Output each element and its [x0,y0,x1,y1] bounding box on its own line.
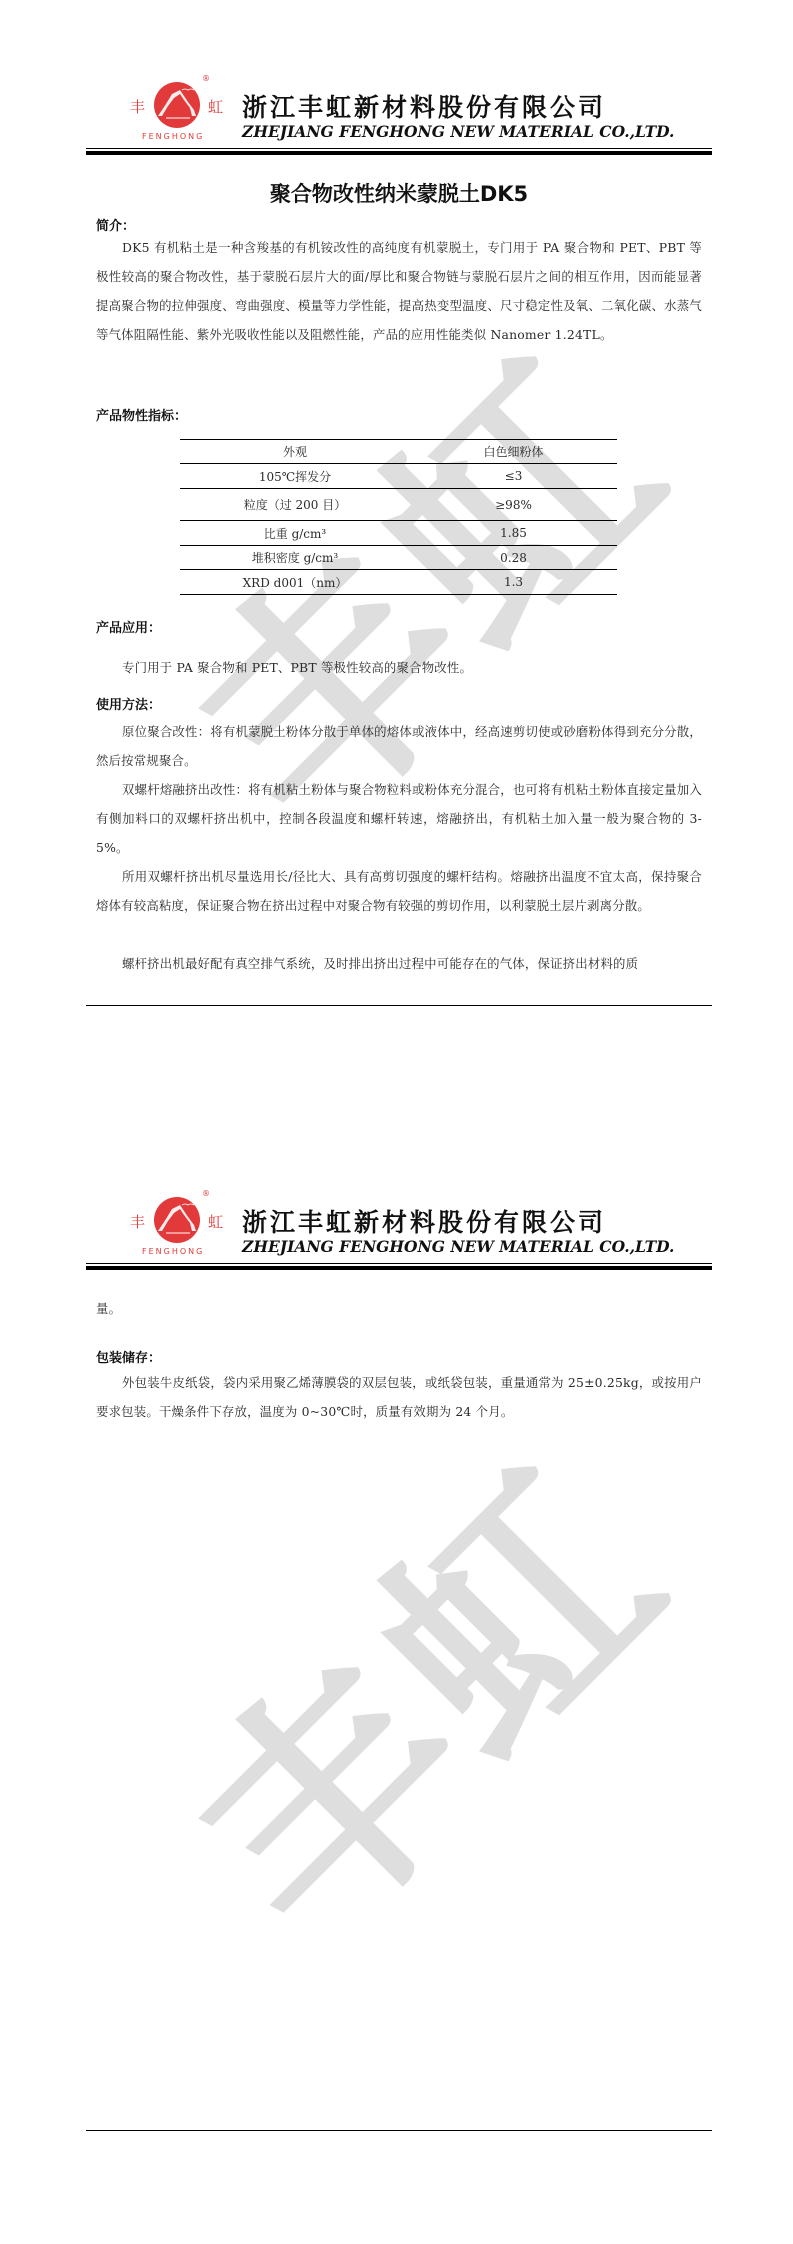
application-paragraph: 专门用于 PA 聚合物和 PET、PBT 等极性较高的聚合物改性。 [96,653,702,682]
property-value: 白色细粉体 [410,440,617,464]
usage-paragraph-2: 双螺杆熔融挤出改性：将有机粘土粉体与聚合物粒料或粉体充分混合，也可将有机粘土粉体… [96,775,702,862]
usage-paragraph-4: 螺杆挤出机最好配有真空排气系统，及时排出挤出过程中可能存在的气体，保证挤出材料的… [96,949,702,978]
intro-paragraph: DK5 有机粘土是一种含羧基的有机铵改性的高纯度有机蒙脱土，专门用于 PA 聚合… [96,233,702,349]
header-rule-thick [86,1266,712,1270]
logo-brand-en: FENGHONG [142,1247,204,1256]
usage-paragraph-3: 所用双螺杆挤出机尽量选用长/径比大、具有高剪切强度的螺杆结构。熔融挤出温度不宜太… [96,862,702,920]
heading-packaging: 包装储存： [96,1347,161,1366]
property-value: ≥98% [410,489,617,521]
heading-intro: 简介： [96,215,135,234]
registered-mark: ® [202,74,210,83]
header-rule-thin [86,1263,712,1264]
usage-paragraph-1: 原位聚合改性：将有机蒙脱土粉体分散于单体的熔体或液体中，经高速剪切使或砂磨粉体得… [96,717,702,775]
document-title: 聚合物改性纳米蒙脱土DK5 [86,178,712,208]
table-row: 外观 白色细粉体 [180,440,617,464]
packaging-paragraph: 外包装牛皮纸袋，袋内采用聚乙烯薄膜袋的双层包装，或纸袋包装，重量通常为 25±0… [96,1368,702,1426]
property-value: ≤3 [410,464,617,489]
heading-usage: 使用方法： [96,694,161,713]
table-row: XRD d001（nm） 1.3 [180,570,617,595]
logo-char-right: 虹 [208,96,223,117]
company-name-cn: 浙江丰虹新材料股份有限公司 [242,88,606,124]
heading-properties: 产品物性指标： [96,405,187,424]
table-row: 比重 g/cm³ 1.85 [180,521,617,546]
logo-mountain-icon [154,82,200,128]
table-row: 堆积密度 g/cm³ 0.28 [180,546,617,570]
logo-brand-en: FENGHONG [142,132,204,141]
logo-mountain-icon [154,1197,200,1243]
letterhead: ® 丰 虹 FENGHONG 浙江丰虹新材料股份有限公司 ZHEJIANG FE… [86,1185,712,1285]
property-name: 堆积密度 g/cm³ [180,546,410,570]
company-logo: ® 丰 虹 FENGHONG [122,74,230,146]
property-name: 比重 g/cm³ [180,521,410,546]
company-name-en: ZHEJIANG FENGHONG NEW MATERIAL CO.,LTD. [242,122,674,141]
property-value: 0.28 [410,546,617,570]
watermark: 丰虹 [158,1433,702,1977]
header-rule-thin [86,148,712,149]
usage-continuation: 量。 [96,1294,702,1323]
property-name: 105℃挥发分 [180,464,410,489]
company-logo: ® 丰 虹 FENGHONG [122,1189,230,1261]
heading-application: 产品应用： [96,617,161,636]
logo-char-right: 虹 [208,1211,223,1232]
page-1: 丰虹 ® 丰 虹 FENGHONG 浙江丰虹新材料股份有限公司 ZHEJIANG… [0,0,793,1010]
logo-char-left: 丰 [130,1211,145,1232]
property-name: XRD d001（nm） [180,570,410,595]
property-name: 外观 [180,440,410,464]
company-name-en: ZHEJIANG FENGHONG NEW MATERIAL CO.,LTD. [242,1237,674,1256]
table-row: 粒度（过 200 目） ≥98% [180,489,617,521]
properties-table: 外观 白色细粉体 105℃挥发分 ≤3 粒度（过 200 目） ≥98% 比重 … [180,439,617,595]
letterhead: ® 丰 虹 FENGHONG 浙江丰虹新材料股份有限公司 ZHEJIANG FE… [86,70,712,170]
page-footer-rule [86,2130,712,2131]
property-value: 1.85 [410,521,617,546]
company-name-cn: 浙江丰虹新材料股份有限公司 [242,1203,606,1239]
page-2: 丰虹 ® 丰 虹 FENGHONG 浙江丰虹新材料股份有限公司 ZHEJIANG… [0,1010,793,2244]
page-footer-rule [86,1005,712,1006]
property-name: 粒度（过 200 目） [180,489,410,521]
header-rule-thick [86,151,712,155]
logo-char-left: 丰 [130,96,145,117]
table-row: 105℃挥发分 ≤3 [180,464,617,489]
registered-mark: ® [202,1189,210,1198]
property-value: 1.3 [410,570,617,595]
